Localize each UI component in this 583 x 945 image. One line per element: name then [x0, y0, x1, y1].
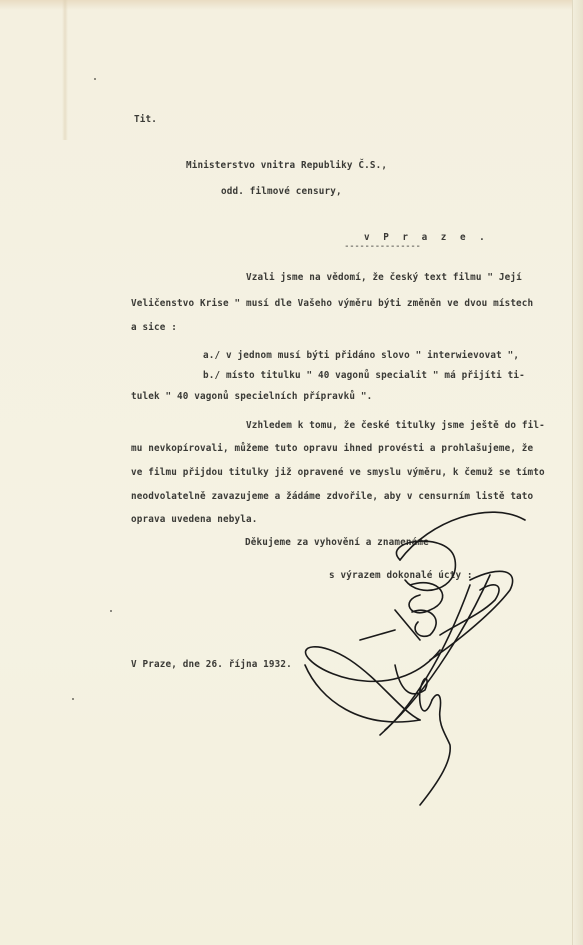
closing-regards: s výrazem dokonalé úcty : [329, 570, 473, 581]
body-p1-line-1: Vzali jsme na vědomí, že český text film… [246, 272, 522, 283]
ink-speck [110, 610, 112, 612]
item-b-line-2: tulek " 40 vagonů specielních přípravků … [131, 391, 372, 402]
paper-fold [62, 0, 68, 140]
ink-speck [72, 698, 74, 700]
body-p1-line-2: Veličenstvo Krise " musí dle Vašeho výmě… [131, 298, 533, 309]
ink-speck [94, 78, 96, 80]
body-p1-line-3: a sice : [131, 322, 177, 333]
paper-edge [572, 0, 583, 945]
item-a: a./ v jednom musí býti přidáno slovo " i… [203, 350, 519, 361]
letter-page: Tit. Ministerstvo vnitra Republiky Č.S.,… [0, 0, 583, 945]
date-line: V Praze, dne 26. října 1932. [131, 659, 292, 670]
city-underline: --------------- [344, 241, 420, 252]
addressee-line-1: Ministerstvo vnitra Republiky Č.S., [186, 160, 387, 171]
addressee-line-2: odd. filmové censury, [221, 186, 342, 197]
closing-thanks: Děkujeme za vyhovění a znamenáme [245, 537, 429, 548]
body-p2-line-4: neodvolatelně zavazujeme a žádáme zdvoři… [131, 491, 533, 502]
salutation: Tit. [134, 114, 157, 125]
body-p2-line-1: Vzhledem k tomu, že české titulky jsme j… [246, 420, 545, 431]
body-p2-line-2: mu nevkopírovali, můžeme tuto opravu ihn… [131, 443, 533, 454]
body-p2-line-3: ve filmu přijdou titulky již opravené ve… [131, 467, 545, 478]
item-b-line-1: b./ místo titulku " 40 vagonů specialit … [203, 370, 525, 381]
body-p2-line-5: oprava uvedena nebyla. [131, 514, 257, 525]
